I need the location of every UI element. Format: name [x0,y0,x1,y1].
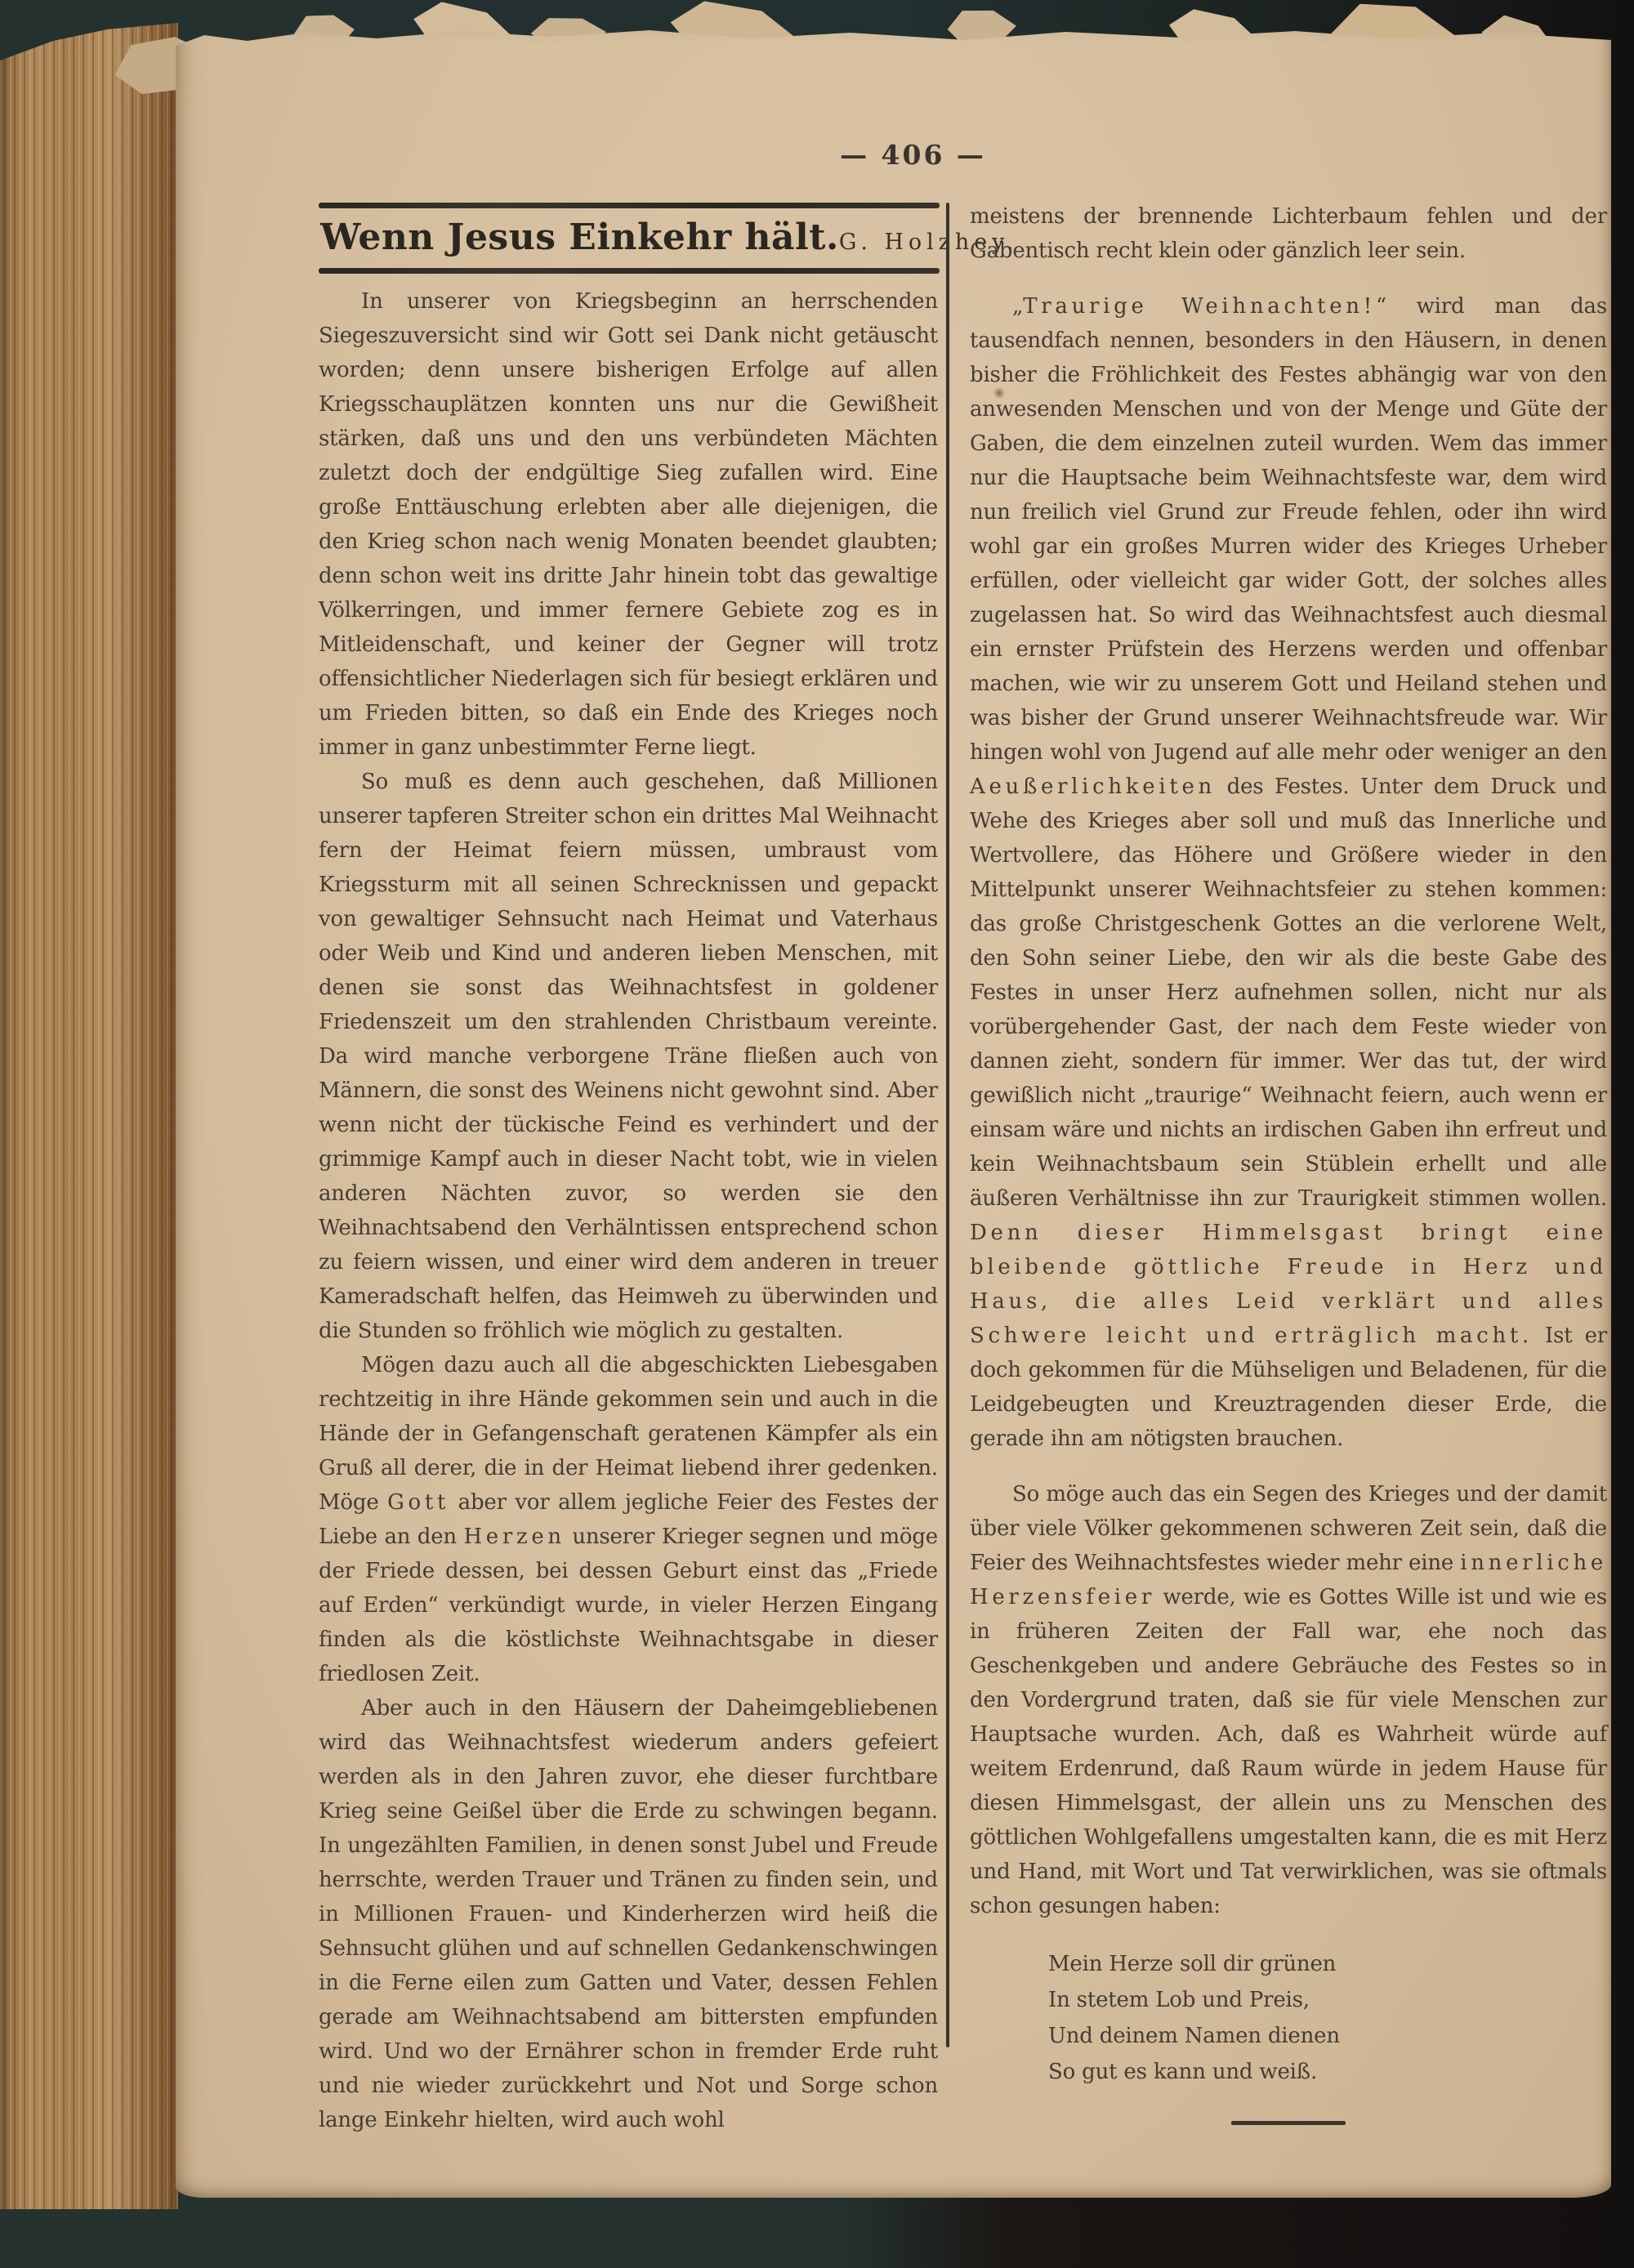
body-text: So muß es denn auch geschehen, daß Milli… [319,770,938,1343]
book-cover-bottom-edge [0,2198,1634,2268]
book-page: — 406 — Wenn Jesus Einkehr hält. G. Holz… [176,28,1611,2198]
emphasized-text: Traurige Weihnachten! [1023,294,1376,319]
body-text: werde, wie es Gottes Wille ist und wie e… [970,1585,1607,1918]
body-text: In unserer von Kriegsbeginn an herrschen… [319,289,938,760]
article-title: Wenn Jesus Einkehr hält. [320,217,839,258]
book-fore-edge [0,23,178,2209]
column-divider [946,203,949,2047]
body-text: des Festes. Unter dem Druck und Wehe des… [970,775,1607,1211]
paragraph: In unserer von Kriegsbeginn an herrschen… [319,284,938,765]
paragraph: Mögen dazu auch all die abgeschickten Li… [319,1348,938,1691]
page-number: — 406 — [176,139,1611,171]
poem-line: Und deinem Namen dienen [1048,2018,1607,2054]
emphasized-text: Gott [387,1490,449,1515]
emphasized-text: Aeußerlichkeiten [970,775,1216,799]
poem-line: Mein Herze soll dir grünen [1048,1946,1607,1982]
article-header: Wenn Jesus Einkehr hält. G. Holzhey. [319,203,940,274]
body-text: meistens der brennende Lichterbaum fehle… [970,204,1607,263]
scanned-book-page: — 406 — Wenn Jesus Einkehr hält. G. Holz… [0,0,1634,2268]
paragraph: Aber auch in den Häusern der Daheimgebli… [319,1691,938,2137]
poem-line: In stetem Lob und Preis, [1048,1982,1607,2018]
poem: Mein Herze soll dir grünenIn stetem Lob … [1048,1946,1607,2090]
paper-stain [993,387,1006,399]
title-rule-top [319,203,940,208]
emphasized-text: Denn dieser Himmelsgast bringt eine blei… [970,1221,1607,1348]
paragraph: So möge auch das ein Segen des Krieges u… [970,1477,1607,1923]
text-column-right: meistens der brennende Lichterbaum fehle… [970,199,1607,2125]
paragraph: „Traurige Weihnachten!“ wird man das tau… [970,289,1607,1456]
body-text: „ [1012,294,1023,319]
title-rule-bottom [319,268,940,274]
emphasized-text: Herzen [463,1525,565,1549]
poem-line: So gut es kann und weiß. [1048,2054,1607,2090]
title-row: Wenn Jesus Einkehr hält. G. Holzhey. [319,208,940,268]
paragraph: So muß es denn auch geschehen, daß Milli… [319,765,938,1348]
text-column-left: In unserer von Kriegsbeginn an herrschen… [319,284,938,2137]
paragraph: meistens der brennende Lichterbaum fehle… [970,199,1607,268]
body-text: “ wird man das tausendfach nennen, beson… [970,294,1607,765]
body-text: Aber auch in den Häusern der Daheimgebli… [319,1696,938,2132]
section-end-rule [1231,2121,1346,2125]
